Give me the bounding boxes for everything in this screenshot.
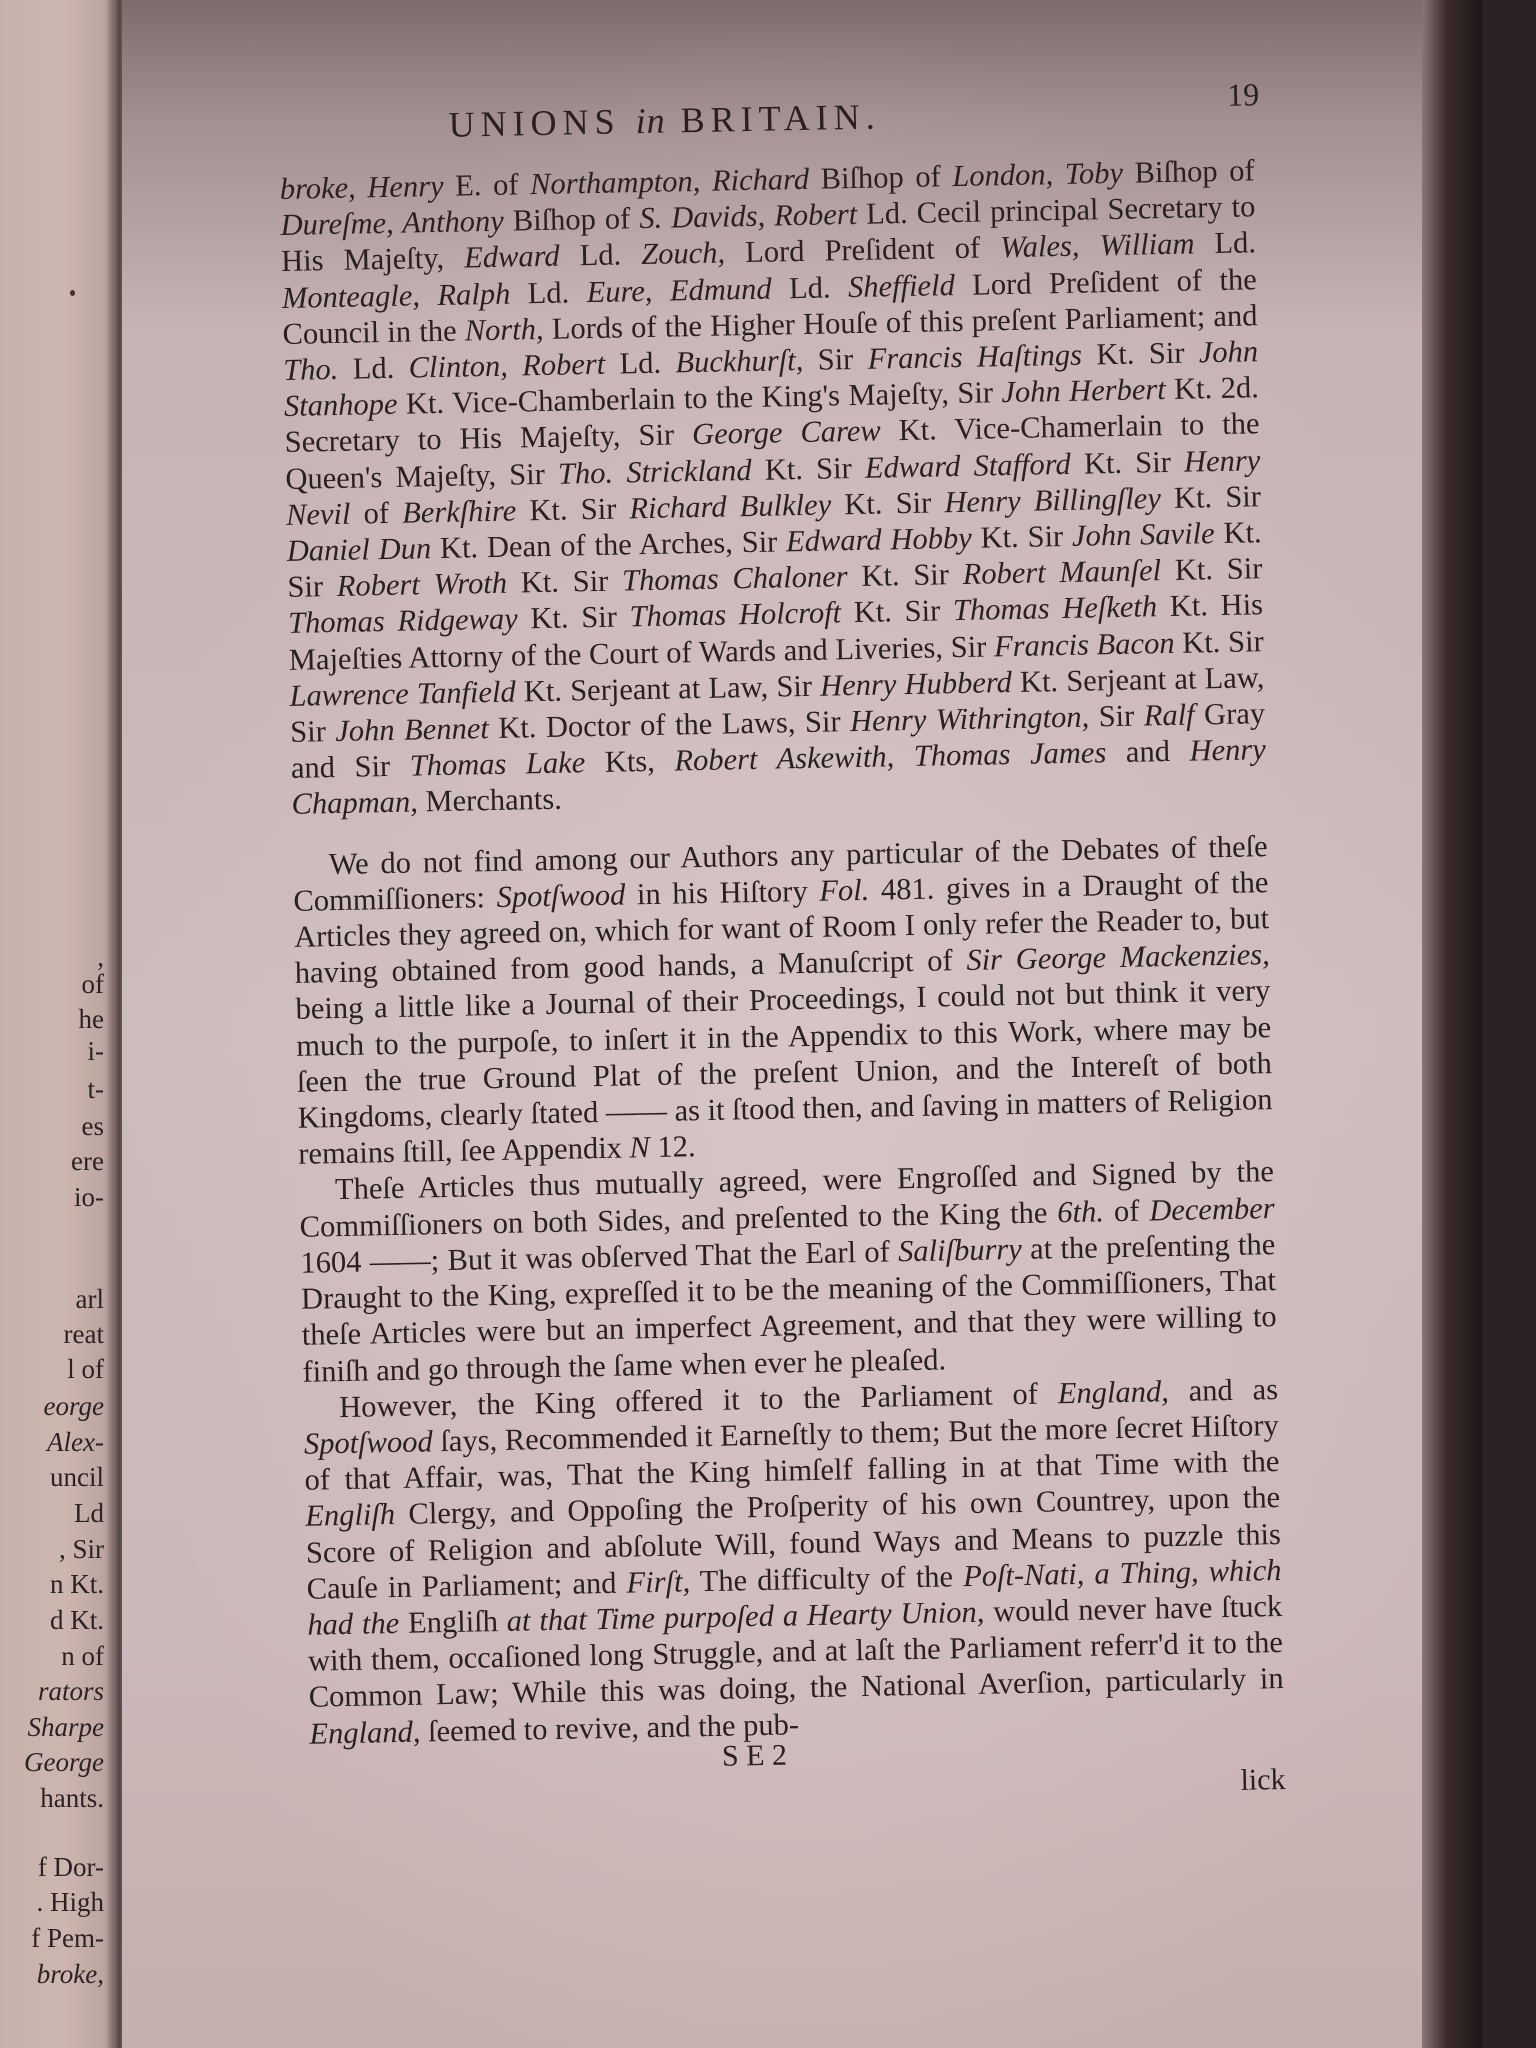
text-run: Ld. (510, 275, 587, 310)
paragraph-commissioners-list: broke, Henry E. of Northampton, Richard … (279, 152, 1266, 822)
text-run: in his Hiſtory (625, 874, 820, 912)
left-page-fragment: George (24, 1747, 104, 1778)
text-run: Kt. Sir (847, 557, 963, 593)
italic-text-run: Thomas Chaloner (622, 559, 848, 597)
left-page-fragment: eorge (44, 1391, 104, 1422)
italic-text-run: Tho. Strickland (558, 453, 752, 491)
left-page-fragment: arl (76, 1284, 104, 1315)
text-run: Kt. Sir (517, 600, 630, 636)
running-title-left: UNIONS (448, 101, 621, 144)
italic-text-run: S. Davids, Robert (639, 197, 858, 235)
text-run: Kts, (585, 744, 675, 780)
italic-text-run: Henry Withrington, (850, 700, 1090, 739)
italic-text-run: Thomas Lake (409, 745, 585, 782)
paper-speck (70, 290, 75, 296)
italic-text-run: Sir George Mackenzies, (966, 937, 1270, 977)
italic-text-run: Berkſhire (402, 493, 517, 529)
italic-text-run: Fol. (819, 873, 870, 908)
text-run: The difficulty of the (690, 1559, 964, 1598)
text-run: Sir (1089, 699, 1144, 734)
italic-text-run: John Bennet (335, 711, 489, 748)
left-page-fragment: Ld (74, 1498, 104, 1529)
italic-text-run: Robert Maunſel (962, 553, 1161, 591)
left-page-fragment: broke, (37, 1959, 104, 1990)
left-page-fragment: io- (74, 1182, 104, 1213)
text-run: Kt. Sir (1070, 444, 1184, 480)
text-run: Kt. Sir (751, 450, 865, 486)
italic-text-run: Clinton, Robert (408, 347, 605, 385)
italic-text-run: Eure, Edmund (586, 271, 772, 309)
italic-text-run: Henry Hubberd (820, 665, 1012, 703)
italic-text-run: Robert Askewith, Thomas James (674, 735, 1106, 777)
italic-text-run: Daniel Dun (286, 531, 431, 568)
italic-text-run: John Savile (1072, 516, 1215, 553)
italic-text-run: Edward Stafford (865, 446, 1071, 484)
left-page-fragment: . High (37, 1887, 105, 1918)
italic-text-run: Buckhurſt, (675, 343, 804, 379)
italic-text-run: Henry Billingſley (944, 481, 1161, 519)
text-run: Kt. Sir (831, 485, 945, 521)
left-page-fragment: , Sir (59, 1534, 104, 1565)
paragraph-articles-signed: Theſe Articles thus mutually agreed, wer… (299, 1154, 1278, 1390)
text-run: Kt. Sir (1174, 624, 1264, 660)
left-page-fragment: uncil (50, 1462, 104, 1493)
left-page-fragment: f Pem- (31, 1923, 104, 1954)
running-title-right: BRITAIN. (680, 96, 881, 140)
left-page-fragment: of (82, 969, 105, 1000)
running-title-mid: in (635, 101, 666, 142)
text-run: of (1104, 1193, 1150, 1228)
italic-text-run: Monteagle, Ralph (282, 276, 511, 314)
text-run: Kt. Sir (516, 491, 630, 527)
italic-text-run: Saliſburry (898, 1232, 1022, 1268)
left-page-fragment: t- (88, 1074, 105, 1105)
italic-text-run: Robert Wroth (336, 566, 507, 603)
italic-text-run: Dureſme, Anthony (280, 204, 504, 242)
italic-text-run: Francis Bacon (994, 626, 1175, 663)
italic-text-run: Francis Haſtings (867, 338, 1082, 376)
text-run: Biſhop of (1123, 153, 1255, 190)
left-page: ,ofhei-t-esereio-arlreatl ofeorgeAlex-un… (0, 0, 118, 2048)
signature-mark: S E 2 (722, 1738, 788, 1773)
italic-text-run: Spotſwood (304, 1424, 433, 1460)
text-run: Sir (803, 342, 868, 377)
catchword: lick (1240, 1763, 1286, 1798)
text-run: of (350, 496, 402, 531)
left-page-fragment: rators (38, 1676, 104, 1707)
italic-text-run: Zouch, (641, 236, 726, 272)
text-run: Merchants. (418, 782, 563, 819)
text-run: Kt. Sir (1082, 335, 1200, 371)
italic-text-run: Ralf (1143, 698, 1194, 733)
italic-text-run: George Carew (692, 414, 881, 452)
left-page-fragment: d Kt. (50, 1605, 104, 1636)
italic-text-run: Wales, William (1000, 227, 1195, 265)
text-run: Kt. Serjeant at Law, Sir (515, 669, 820, 709)
italic-text-run: Edward Hobby (786, 521, 972, 559)
text-run: Engliſh (399, 1604, 507, 1640)
italic-text-run: N (629, 1130, 650, 1164)
italic-text-run: 6th. (1057, 1194, 1104, 1229)
left-page-fragment: n of (61, 1641, 104, 1672)
left-page-fragment: es (82, 1111, 105, 1142)
italic-text-run: Lawrence Tanfield (289, 674, 516, 712)
left-page-fragment: Alex- (47, 1427, 104, 1458)
left-page-fragment: ere (71, 1146, 104, 1177)
text-run: Kt. Sir (841, 594, 954, 630)
italic-text-run: Richard Bulkley (629, 487, 831, 525)
left-page-fragment: f Dor- (38, 1852, 104, 1883)
text-run: Kt. Dean of the Arches, Sir (431, 524, 787, 565)
italic-text-run: Thomas Ridgeway (288, 602, 518, 640)
page-number: 19 (1227, 76, 1260, 114)
text-run: Kt. Sir (507, 564, 623, 600)
italic-text-run: Edward (464, 239, 560, 275)
text-run: Ld. (559, 237, 641, 273)
text-run: and (1106, 734, 1190, 770)
text-run: and as (1168, 1372, 1278, 1408)
text-run: Ld. (771, 270, 848, 305)
text-run: Kt. Sir (1160, 479, 1261, 515)
left-page-fragment: n Kt. (50, 1569, 104, 1600)
page-edge-shadow (1422, 0, 1482, 2048)
italic-text-run: England, (1057, 1374, 1169, 1410)
running-title: UNIONS in BRITAIN. (448, 95, 881, 145)
left-page-fragment: he (79, 1004, 104, 1035)
paragraph-debates: We do not find among our Authors any par… (292, 828, 1273, 1172)
italic-text-run: Firſt, (626, 1564, 690, 1599)
italic-text-run: Thomas Heſketh (953, 590, 1158, 628)
left-page-fragment: i- (88, 1036, 105, 1067)
left-page-text-fragments: ,ofhei-t-esereio-arlreatl ofeorgeAlex-un… (0, 0, 112, 2048)
left-page-fragment: hants. (40, 1783, 104, 1814)
page-text-block: UNIONS in BRITAIN. 19 broke, Henry E. of… (278, 76, 1285, 1787)
left-page-fragment: l of (67, 1354, 104, 1385)
text-run: Lord Preſident of (725, 231, 1001, 270)
text-run: being a little like a Journal of their P… (295, 974, 1273, 1171)
text-run: Kt. Doctor of the Laws, Sir (488, 704, 850, 745)
italic-text-run: Northampton, Richard (530, 162, 810, 201)
book-spread-photo: ,ofhei-t-esereio-arlreatl ofeorgeAlex-un… (0, 0, 1536, 2048)
italic-text-run: John Herbert (1001, 372, 1166, 409)
italic-text-run: Tho. (283, 352, 339, 387)
text-run: Biſhop of (809, 159, 953, 196)
text-run: Kt. Sir (971, 519, 1072, 555)
italic-text-run: Engliſh (305, 1497, 395, 1533)
text-run: Ld. (605, 345, 676, 380)
text-run: Biſhop of (503, 201, 639, 238)
italic-text-run: Spotſwood (496, 877, 625, 913)
italic-text-run: Thomas Holcroft (629, 596, 841, 634)
left-page-fragment: reat (64, 1319, 104, 1350)
left-page-fragment: Sharpe (28, 1712, 105, 1743)
text-run: Kt. Sir (1161, 551, 1263, 587)
text-run: Ld. (1194, 226, 1256, 261)
italic-text-run: broke, Henry (279, 169, 443, 206)
text-run: Ld. (338, 351, 409, 386)
italic-text-run: Sheffield (848, 268, 955, 304)
italic-text-run: London, Toby (952, 156, 1123, 193)
text-run: E. of (443, 167, 530, 203)
text-run: 12. (649, 1129, 695, 1164)
paragraph-king-parliament: However, the King offered it to the Parl… (303, 1371, 1285, 1752)
italic-text-run: North, (464, 312, 543, 348)
italic-text-run: December (1149, 1191, 1275, 1227)
